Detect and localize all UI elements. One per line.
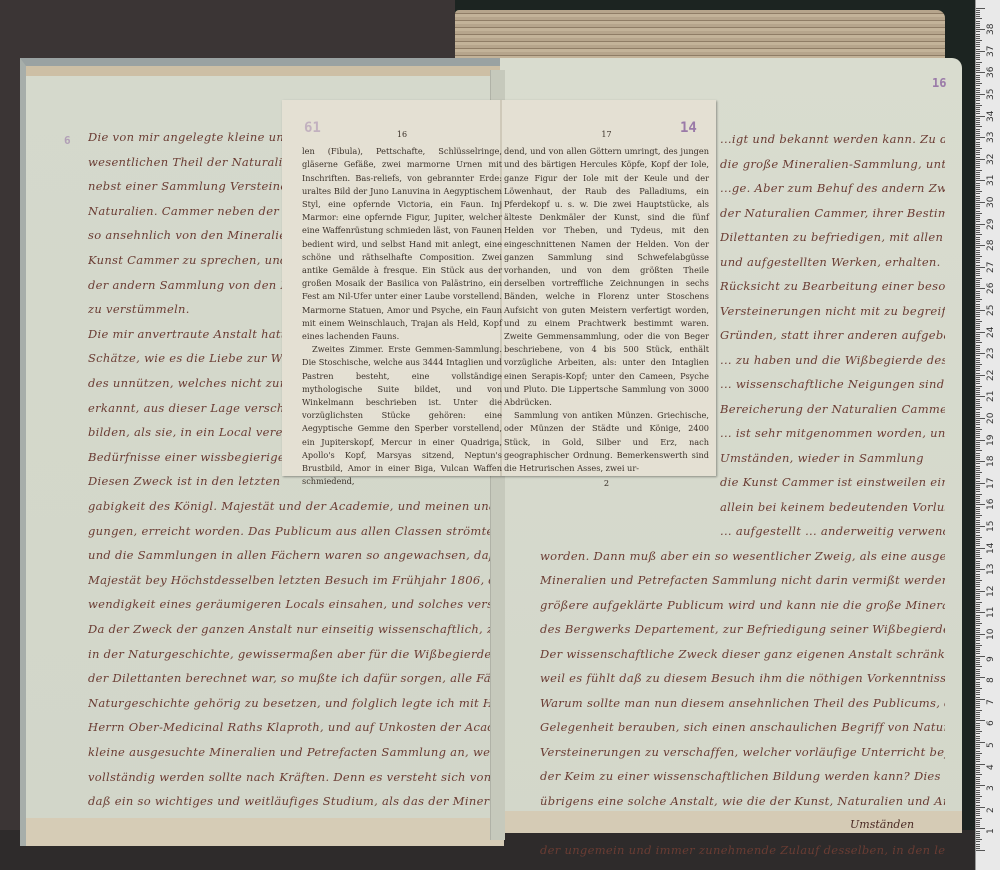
manuscript-line: Diesen Zweck ist in den letzten 15 [88,474,283,488]
ruler-tick [976,332,985,333]
ruler-tick [976,21,980,22]
ruler-tick [976,418,985,419]
ruler-tick [976,725,980,726]
ruler-tick [976,200,980,201]
insert-paragraph: Sammlung von antiken Münzen. Griechische… [504,409,709,475]
ruler-label: 7 [986,699,996,705]
manuscript-line: Gründen, statt ihrer anderen aufgebaut [720,328,945,342]
ruler-tick [976,364,982,365]
ruler-tick [976,666,982,667]
printed-insert-leaf: 61 14 16 len (Fibula), Pettschafte, Schl… [282,100,716,476]
ruler-tick [976,424,980,425]
ruler-tick [976,844,980,845]
ruler-tick [976,796,982,797]
ruler-tick [976,498,980,499]
ruler-tick [976,213,982,214]
ruler-tick [976,353,985,354]
ruler-tick [976,198,980,199]
ruler-tick [976,632,980,633]
ruler-tick [976,362,980,363]
ruler-tick [976,142,980,143]
ruler-tick [976,541,980,542]
ruler-tick [976,349,980,350]
ruler-tick [976,401,980,402]
ruler-tick [976,254,980,255]
ruler-tick [976,664,980,665]
ruler-tick [976,595,980,596]
ruler-tick [976,567,980,568]
ruler-tick [976,338,980,339]
signature-mark: 2 [504,477,709,490]
manuscript-line: übrigens eine solche Anstalt, wie die de… [540,794,945,808]
ruler-tick [976,617,980,618]
ruler-label: 5 [986,742,996,748]
ruler-tick [976,748,980,749]
ruler-tick [976,714,980,715]
ruler-label: 24 [986,326,996,337]
ruler-tick [976,831,980,832]
manuscript-line: und die Sammlungen in allen Fächern ware… [88,548,493,562]
ruler-tick [976,433,980,434]
ruler-tick [976,576,980,577]
manuscript-line: die große Mineralien-Sammlung, unter der [720,157,945,171]
ruler-tick [976,187,980,188]
ruler-tick [976,286,980,287]
ruler-tick [976,457,980,458]
manuscript-line: des unnützen, welches nicht zum Vortheil [88,376,283,390]
ruler-tick [976,757,980,758]
ruler-tick [976,511,980,512]
ruler-tick [976,610,980,611]
ruler-tick [976,379,980,380]
ruler-tick [976,83,982,84]
ruler-tick [976,247,980,248]
ruler-label: 4 [986,764,996,770]
ruler-tick [976,651,980,652]
ruler-tick [976,688,982,689]
page-number: 17 [504,128,709,141]
ruler-tick [976,500,980,501]
ruler-tick [976,245,985,246]
insert-paragraph: dend, und von allen Göttern umringt, des… [504,145,709,409]
insert-page-16: 16 len (Fibula), Pettschafte, Schlüsselr… [302,100,502,488]
ruler-tick [976,301,980,302]
ruler-tick [976,228,980,229]
ruler-tick [976,103,980,104]
ruler-tick [976,835,980,836]
ruler-tick [976,833,980,834]
ruler-tick [976,671,980,672]
ruler-tick [976,656,985,657]
ruler-tick [976,206,980,207]
ruler-tick [976,77,980,78]
ruler-tick [976,308,980,309]
ruler-tick [976,269,980,270]
ruler-tick [976,556,980,557]
ruler-tick [976,172,980,173]
manuscript-line: ...igt und bekannt werden kann. Zu diese… [720,132,945,146]
ruler-label: 21 [986,391,996,402]
ruler-label: 10 [986,629,996,640]
manuscript-line: bilden, als sie, in ein Local vereinigt [88,425,283,439]
manuscript-line: Versteinerungen nicht mit zu begreifen. [720,304,945,318]
manuscript-line: Kunst Cammer zu sprechen, und a [88,253,283,267]
ruler-tick [976,219,980,220]
manuscript-line: Gelegenheit berauben, sich einen anschau… [540,720,945,734]
ruler-tick [976,325,980,326]
manuscript-line: und aufgestellten Werken, erhalten. [720,255,945,269]
ruler-tick [976,459,980,460]
ruler-tick [976,649,980,650]
ruler-label: 9 [986,656,996,662]
ruler-tick [976,481,980,482]
ruler-tick [976,707,980,708]
ruler-tick [976,837,980,838]
ruler-tick [976,429,982,430]
ruler-tick [976,604,980,605]
ruler-tick [976,736,980,737]
ruler-tick [976,826,980,827]
ruler-tick [976,116,985,117]
ruler-tick [976,554,980,555]
ruler-tick [976,304,980,305]
ruler-tick [976,124,980,125]
ruler-tick [976,193,980,194]
ruler-tick [976,483,985,484]
ruler-tick [976,813,980,814]
ruler-tick [976,414,980,415]
ruler-tick [976,515,982,516]
ruler-tick [976,679,980,680]
ruler-tick [976,764,985,765]
ruler-tick [976,785,985,786]
ruler-tick [976,92,980,93]
manuscript-line: kleine ausgesuchte Mineralien und Petref… [88,745,493,759]
manuscript-line: ... aufgestellt ... anderweitig verwende… [720,524,945,538]
ruler-label: 30 [986,197,996,208]
ruler-tick [976,593,980,594]
ruler-tick [976,250,980,251]
ruler-label: 1 [986,829,996,835]
ruler-tick [976,569,985,570]
ruler-tick [976,66,980,67]
manuscript-line: Schätze, wie es die Liebe zur Wissenscha… [88,351,283,365]
ruler-tick [976,256,982,257]
ruler-tick [976,139,980,140]
ruler-tick [976,403,980,404]
ruler-tick [976,802,980,803]
ruler-tick [976,16,980,17]
manuscript-line: vollständig werden sollte nach Kräften. … [88,770,493,784]
ruler-label: 25 [986,305,996,316]
ruler-tick [976,781,980,782]
ruler-tick [976,502,980,503]
ruler-tick [976,759,980,760]
ruler-tick [976,81,980,82]
ruler-tick [976,774,982,775]
ruler-tick [976,420,980,421]
manuscript-line: der Dilettanten berechnet war, so mußte … [88,671,493,685]
ruler-tick [976,636,980,637]
ruler-tick [976,608,980,609]
ruler-tick [976,677,985,678]
ruler-tick [976,591,985,592]
ruler-tick [976,489,980,490]
ruler-tick [976,208,980,209]
ruler-label: 32 [986,153,996,164]
manuscript-line: zu verstümmeln. [88,302,283,316]
ruler-tick [976,578,980,579]
ruler-tick [976,787,980,788]
ruler-tick [976,129,980,130]
manuscript-line: Bedürfnisse einer wissbegierigen [88,450,283,464]
manuscript-line: der andern Sammlung von den Natu [88,278,283,292]
ruler-tick [976,738,980,739]
ruler-tick [976,625,980,626]
ruler-tick [976,565,980,566]
ruler-tick [976,772,980,773]
ruler-tick [976,710,982,711]
manuscript-line: Naturgeschichte gehörig zu besetzen, und… [88,696,493,710]
page-stamp-right: 16 [932,76,946,90]
ruler-tick [976,176,980,177]
ruler-tick [976,59,980,60]
ruler-label: 17 [986,477,996,488]
ruler-tick [976,694,980,695]
ruler-tick [976,79,980,80]
manuscript-line: Der wissenschaftliche Zweck dieser ganz … [540,647,945,661]
ruler-tick [976,550,980,551]
ruler-tick [976,792,980,793]
ruler-tick [976,470,980,471]
ruler-tick [976,368,980,369]
manuscript-line: daß ein so wichtiges und weitläufiges St… [88,794,493,808]
ruler-tick [976,805,980,806]
ruler-tick [976,40,982,41]
ruler-tick [976,122,980,123]
ruler-label: 26 [986,283,996,294]
ruler-tick [976,10,980,11]
ruler-tick [976,345,980,346]
ruler-tick [976,237,980,238]
ruler-tick [976,94,985,95]
ruler-tick [976,388,980,389]
ruler-tick [976,658,980,659]
page-number: 16 [302,128,502,141]
ruler-tick [976,496,980,497]
ruler-tick [976,621,980,622]
ruler-tick [976,435,980,436]
manuscript-line: die Kunst Cammer ist einstweilen eines [720,475,945,489]
ruler-tick [976,180,985,181]
ruler-tick [976,146,980,147]
ruler-tick [976,770,980,771]
ruler-tick [976,416,980,417]
ruler-tick [976,468,980,469]
ruler-tick [976,161,980,162]
ruler-tick [976,720,985,721]
ruler-label: 12 [986,585,996,596]
ruler-tick [976,535,980,536]
ruler-tick [976,645,982,646]
ruler-tick [976,455,980,456]
ruler-tick [976,628,980,629]
ruler-label: 13 [986,564,996,575]
ruler-tick [976,746,980,747]
ruler-tick [976,584,980,585]
manuscript-line: Warum sollte man nun diesem ansehnlichen… [540,696,945,710]
ruler-tick [976,107,980,108]
ruler-tick [976,90,980,91]
ruler-tick [976,530,980,531]
ruler-tick [976,68,980,69]
manuscript-line: weil es fühlt daß zu diesem Besuch ihm d… [540,671,945,685]
ruler-tick [976,412,980,413]
ruler-tick [976,850,985,851]
ruler-tick [976,280,980,281]
ruler-tick [976,340,980,341]
ruler-tick [976,358,980,359]
ruler-tick [976,44,980,45]
ruler-tick [976,355,980,356]
ruler-tick [976,57,980,58]
ruler-tick [976,807,985,808]
ruler-tick [976,329,980,330]
ruler-tick [976,399,980,400]
ruler-tick [976,409,980,410]
manuscript-line: Die mir anvertraute Anstalt hatte [88,327,283,341]
ruler-label: 38 [986,24,996,35]
ruler-tick [976,118,980,119]
manuscript-line: gabigkeit des Königl. Majestät und der A… [88,499,493,513]
ruler-tick [976,27,980,28]
ruler-tick [976,163,980,164]
ruler-tick [976,800,980,801]
ruler-tick [976,701,980,702]
ruler-tick [976,686,980,687]
ruler-tick [976,528,980,529]
ruler-tick [976,105,982,106]
ruler-tick [976,126,982,127]
ruler-tick [976,848,980,849]
ruler-tick [976,224,985,225]
ruler-tick [976,170,982,171]
ruler-tick [976,100,980,101]
manuscript-line: größere aufgeklärte Publicum wird und ka… [540,598,945,612]
ruler-tick [976,571,980,572]
ruler-tick [976,392,980,393]
ruler-tick [976,291,980,292]
ruler-tick [976,558,982,559]
ruler-tick [976,258,980,259]
ruler-tick [976,295,980,296]
ruler-tick [976,293,980,294]
ruler-tick [976,154,980,155]
manuscript-line: des Bergwerks Departement, zur Befriedig… [540,622,945,636]
ruler-tick [976,494,982,495]
ruler-tick [976,431,980,432]
ruler-tick [976,386,982,387]
manuscript-line: Dilettanten zu befriedigen, mit allen [720,230,945,244]
ruler-tick [976,336,980,337]
manuscript-line: Da der Zweck der ganzen Anstalt nur eins… [88,622,493,636]
ruler-tick [976,306,980,307]
ruler-tick [976,824,980,825]
ruler-tick [976,777,980,778]
ruler-label: 31 [986,175,996,186]
ruler-tick [976,351,980,352]
ruler-tick [976,640,980,641]
ruler-tick [976,543,980,544]
manuscript-line: der ungemein und immer zunehmende Zulauf… [540,843,945,857]
ruler-tick [976,42,980,43]
ruler-tick [976,316,980,317]
manuscript-line: erkannt, aus dieser Lage verschiedene [88,401,283,415]
ruler-tick [976,273,980,274]
ruler-tick [976,312,980,313]
ruler-tick [976,731,982,732]
ruler-tick [976,815,980,816]
ruler-tick [976,204,980,205]
ruler-tick [976,779,980,780]
ruler-tick [976,53,980,54]
ruler-tick [976,282,980,283]
ruler-tick [976,323,980,324]
manuscript-line: gungen, erreicht worden. Das Publicum au… [88,524,493,538]
manuscript-line: ... zu haben und die Wißbegierde des gem… [720,353,945,367]
ruler-tick [976,453,980,454]
ruler-tick [976,55,980,56]
ruler-tick [976,647,980,648]
ruler-tick [976,437,980,438]
ruler-label: 22 [986,369,996,380]
insert-page-17: 17 dend, und von allen Göttern umringt, … [504,100,709,490]
ruler-tick [976,673,980,674]
ruler-tick [976,31,980,32]
ruler-label: 3 [986,785,996,791]
ruler-label: 23 [986,348,996,359]
ruler-tick [976,615,980,616]
ruler-tick [976,669,980,670]
ruler-tick [976,474,980,475]
ruler-tick [976,574,980,575]
ruler-tick [976,790,980,791]
ruler-tick [976,120,980,121]
ruler-tick [976,191,982,192]
ruler-label: 29 [986,218,996,229]
manuscript-line: der Keim zu einer wissenschaftlichen Bil… [540,769,945,783]
ruler-tick [976,545,980,546]
measurement-ruler: 1234567891011121314151617181920212223242… [975,0,1000,870]
ruler-tick [976,761,980,762]
ruler-tick [976,638,980,639]
ruler-tick [976,487,980,488]
ruler-label: 19 [986,434,996,445]
ruler-tick [976,552,980,553]
ruler-tick [976,150,980,151]
ruler-tick [976,85,980,86]
ruler-tick [976,211,980,212]
ruler-tick [976,405,980,406]
ruler-tick [976,504,985,505]
ruler-tick [976,532,980,533]
ruler-tick [976,265,980,266]
ruler-tick [976,818,982,819]
ruler-tick [976,165,980,166]
ruler-tick [976,271,980,272]
ruler-tick [976,422,980,423]
manuscript-line: der Naturalien Cammer, ihrer Bestim- [720,206,945,220]
